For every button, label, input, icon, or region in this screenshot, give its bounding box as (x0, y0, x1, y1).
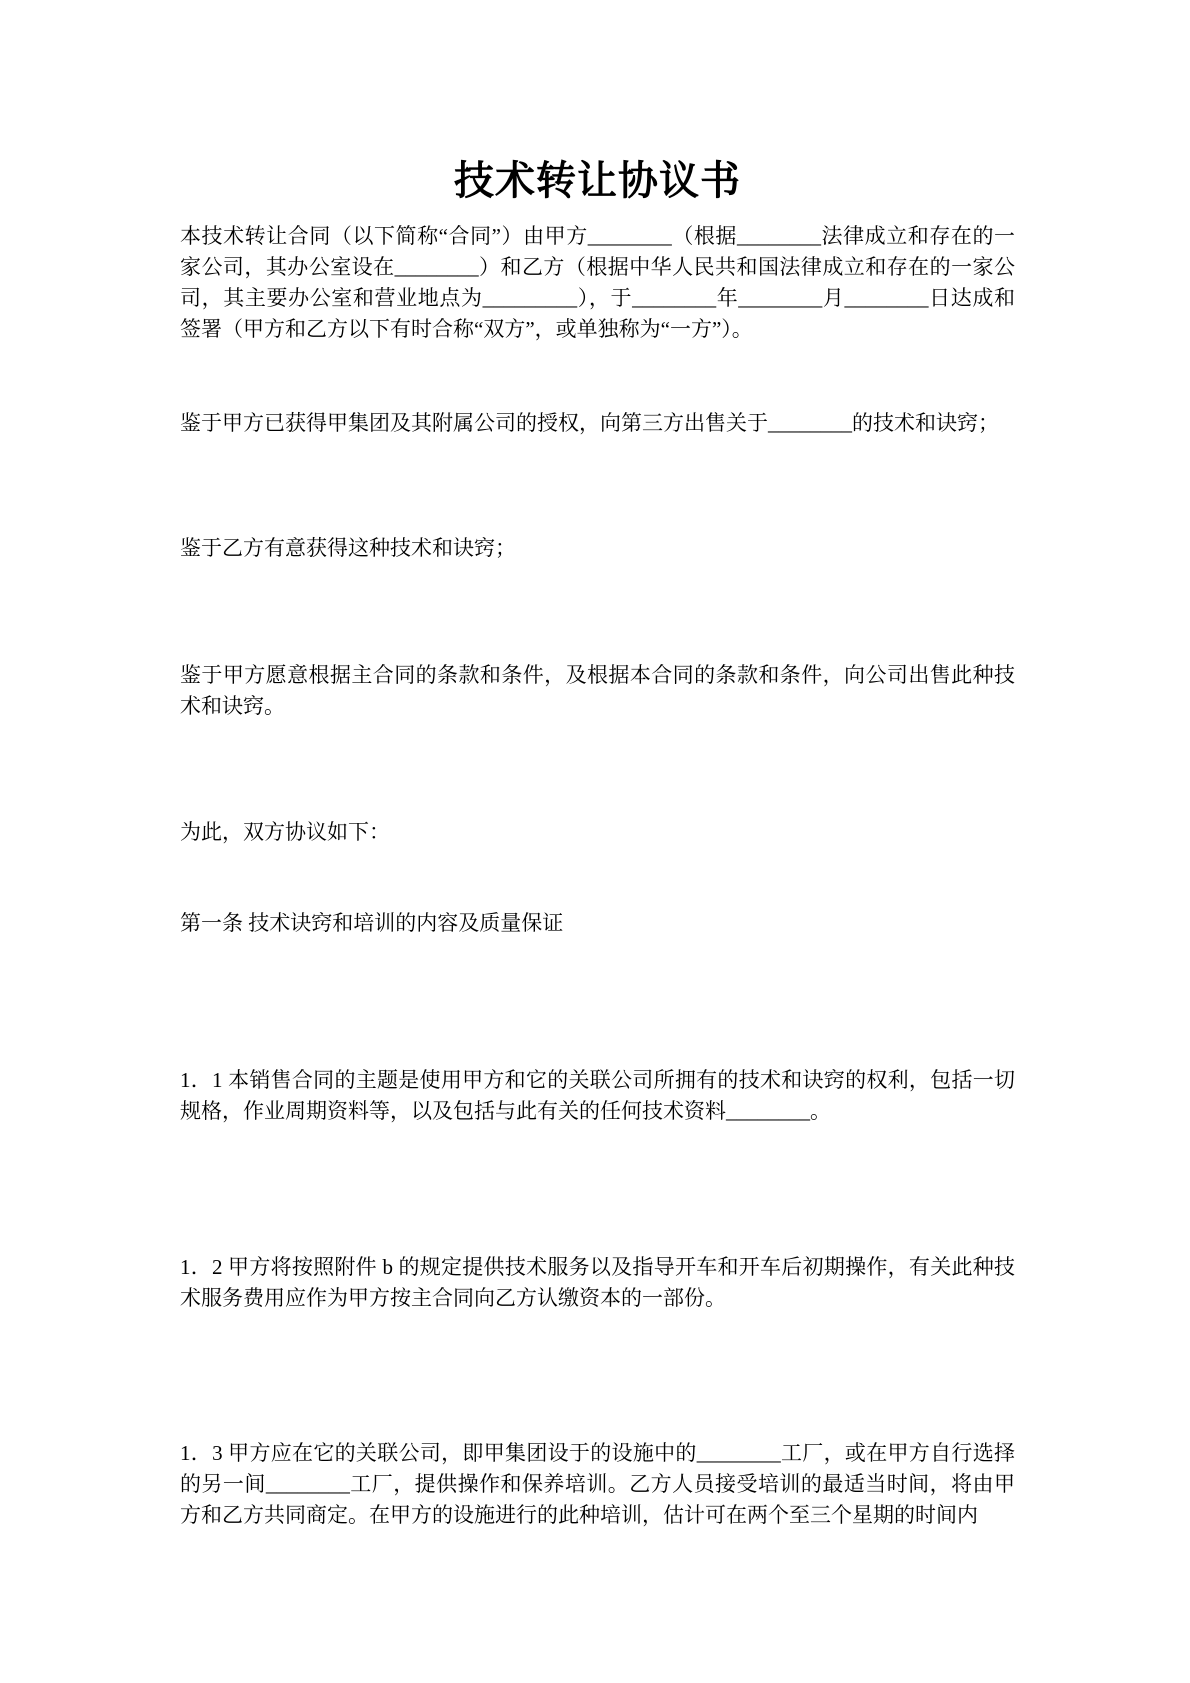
clause-1-2: 1．2 甲方将按照附件 b 的规定提供技术服务以及指导开车和开车后初期操作，有关… (180, 1252, 1015, 1314)
whereas-clause-party-a: 鉴于甲方已获得甲集团及其附属公司的授权，向第三方出售关于________的技术和… (180, 408, 1015, 439)
document-page: 技术转让协议书 本技术转让合同（以下简称“合同”）由甲方________（根据_… (0, 0, 1190, 1683)
clause-1-3: 1．3 甲方应在它的关联公司，即甲集团设于的设施中的________工厂，或在甲… (180, 1438, 1015, 1531)
whereas-clause-party-b: 鉴于乙方有意获得这种技术和诀窍； (180, 533, 1015, 564)
document-content: 技术转让协议书 本技术转让合同（以下简称“合同”）由甲方________（根据_… (0, 156, 1190, 1531)
document-title: 技术转让协议书 (180, 156, 1015, 206)
clause-1-1: 1．1 本销售合同的主题是使用甲方和它的关联公司所拥有的技术和诀窍的权利，包括一… (180, 1065, 1015, 1127)
article-1-heading: 第一条 技术诀窍和培训的内容及质量保证 (180, 908, 1015, 939)
intro-paragraph: 本技术转让合同（以下简称“合同”）由甲方________（根据________法… (180, 221, 1015, 345)
whereas-clause-sale: 鉴于甲方愿意根据主合同的条款和条件，及根据本合同的条款和条件，向公司出售此种技术… (180, 660, 1015, 722)
therefore-clause: 为此，双方协议如下： (180, 817, 1015, 848)
